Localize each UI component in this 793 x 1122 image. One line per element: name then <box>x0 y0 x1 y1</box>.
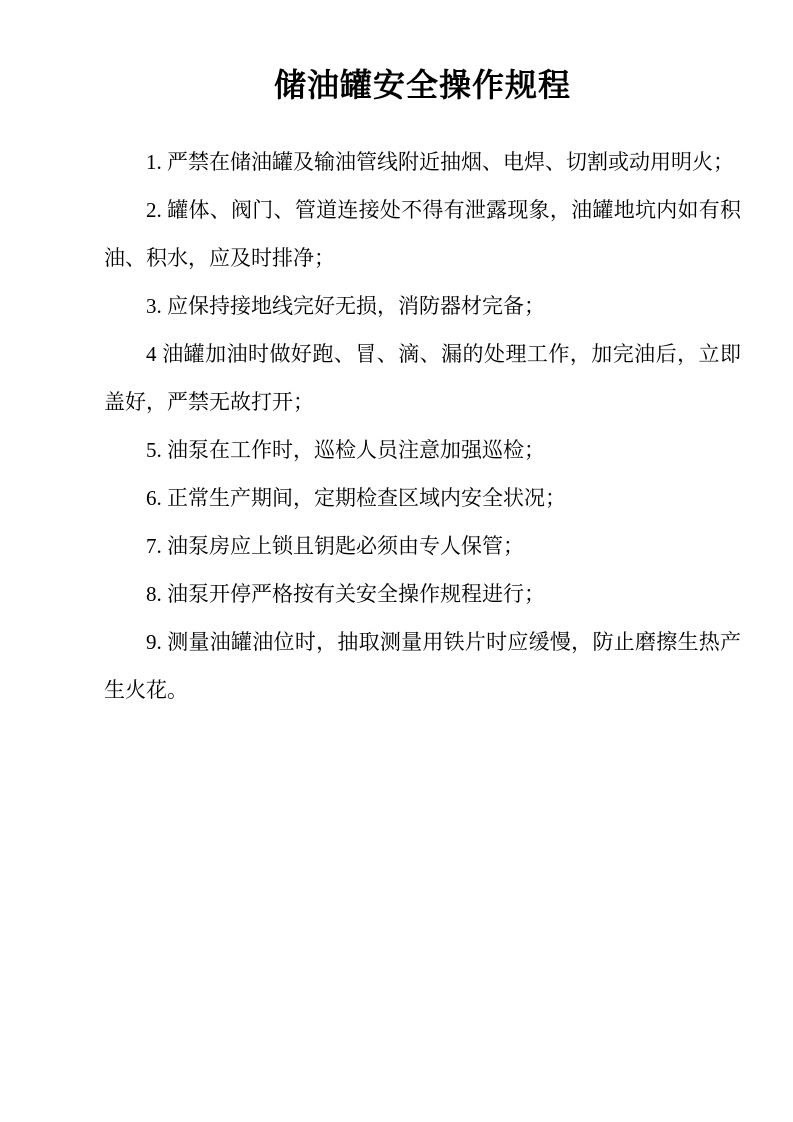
procedure-item-8: 8. 油泵开停严格按有关安全操作规程进行； <box>104 570 741 618</box>
procedure-item-9: 9. 测量油罐油位时，抽取测量用铁片时应缓慢，防止磨擦生热产生火花。 <box>104 618 741 714</box>
document-page: 储油罐安全操作规程 1. 严禁在储油罐及输油管线附近抽烟、电焊、切割或动用明火；… <box>0 0 793 1122</box>
procedure-item-6: 6. 正常生产期间，定期检查区域内安全状况； <box>104 474 741 522</box>
procedure-item-3: 3. 应保持接地线完好无损，消防器材完备； <box>104 282 741 330</box>
procedure-item-4: 4 油罐加油时做好跑、冒、滴、漏的处理工作，加完油后，立即盖好，严禁无故打开； <box>104 330 741 426</box>
procedure-item-7: 7. 油泵房应上锁且钥匙必须由专人保管； <box>104 522 741 570</box>
procedure-item-5: 5. 油泵在工作时，巡检人员注意加强巡检； <box>104 426 741 474</box>
procedure-item-2: 2. 罐体、阀门、管道连接处不得有泄露现象，油罐地坑内如有积油、积水，应及时排净… <box>104 186 741 282</box>
document-content: 储油罐安全操作规程 1. 严禁在储油罐及输油管线附近抽烟、电焊、切割或动用明火；… <box>0 0 793 714</box>
page-title: 储油罐安全操作规程 <box>104 60 741 110</box>
procedure-item-1: 1. 严禁在储油罐及输油管线附近抽烟、电焊、切割或动用明火； <box>104 138 741 186</box>
